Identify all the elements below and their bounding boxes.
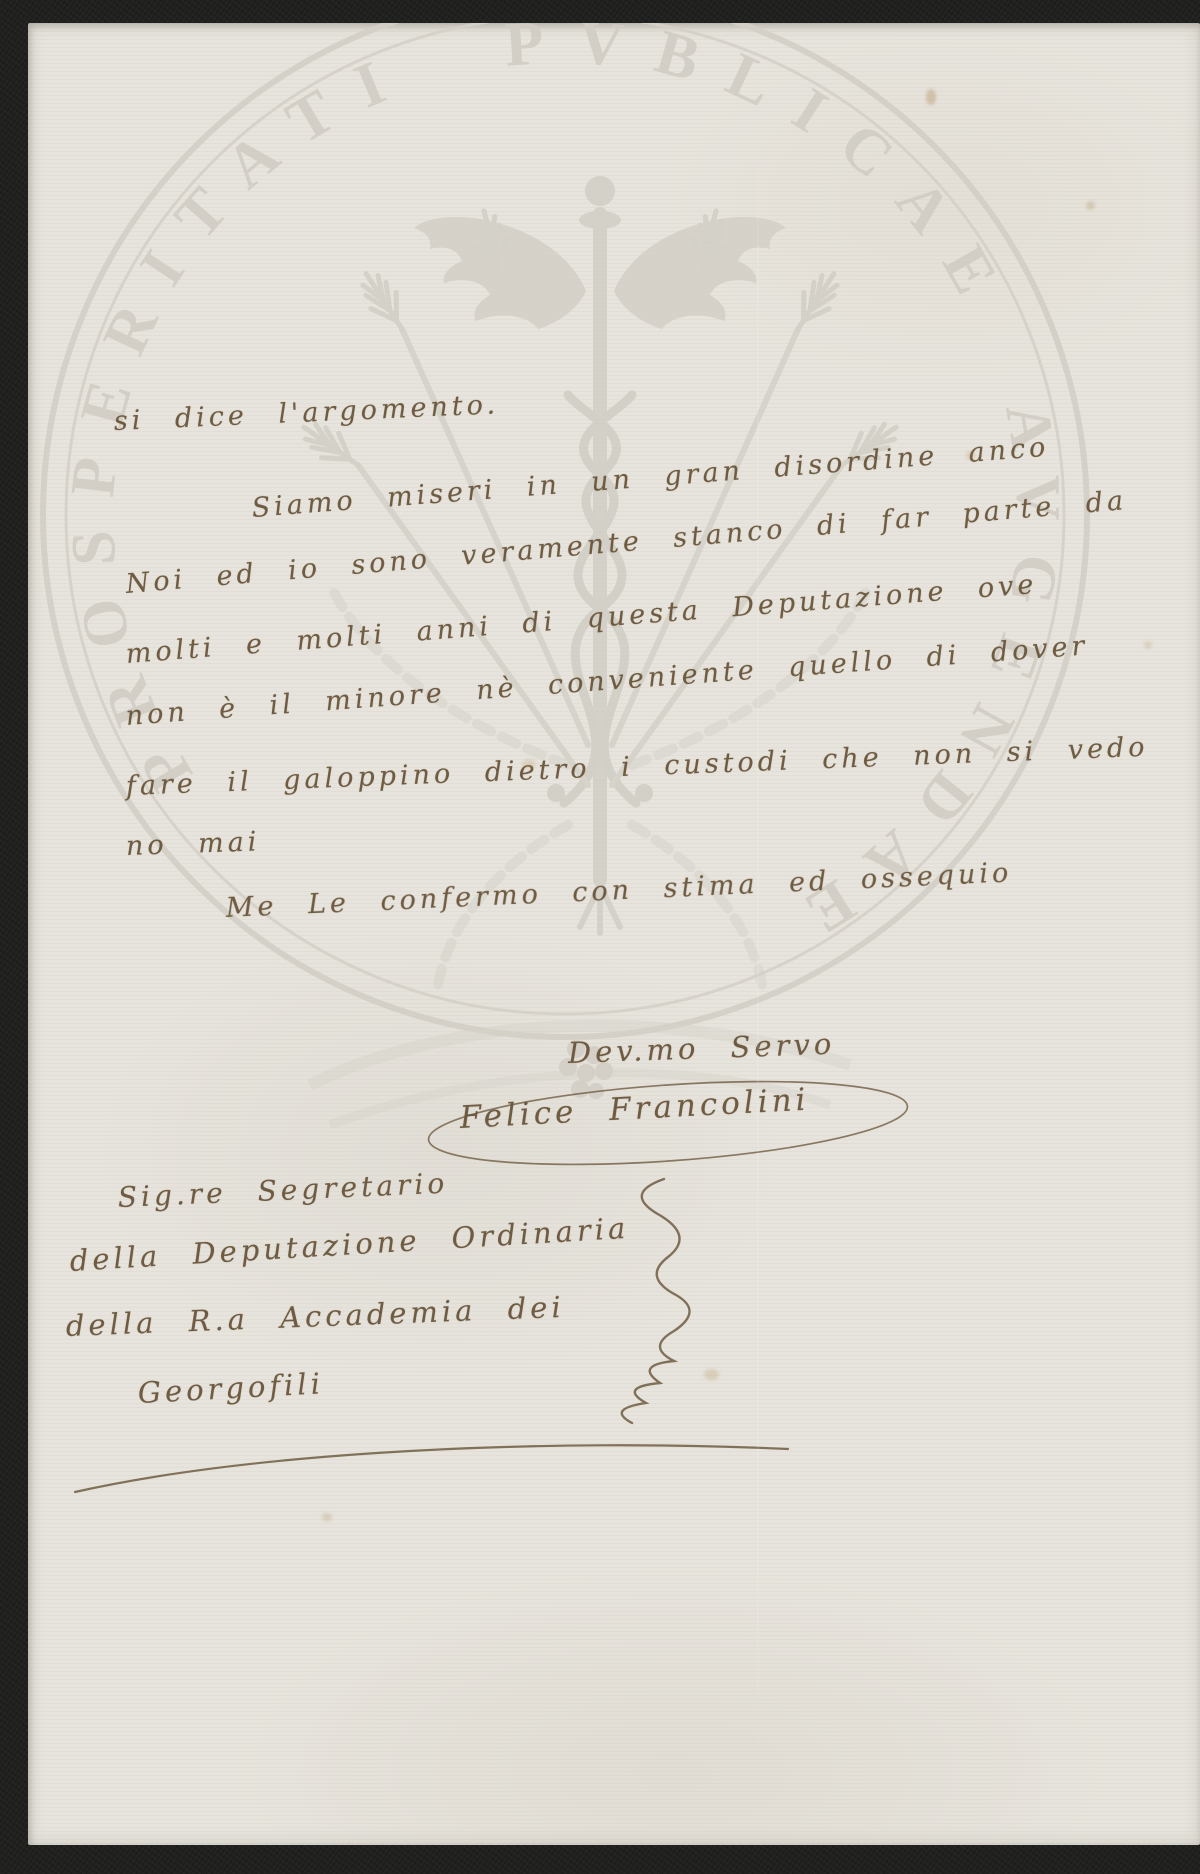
signature-line: Felice Francolini (459, 1085, 810, 1134)
caduceus-orb-icon (585, 176, 615, 206)
wing-left-icon (414, 217, 586, 329)
foxing-spot (704, 1369, 719, 1380)
footer-underline-flourish (75, 1445, 788, 1492)
handwriting-line: no mai (125, 828, 260, 860)
foxing-spot (322, 1513, 332, 1521)
recipient-brace-flourish (622, 1179, 690, 1423)
letter-paper: PROSPERITATI PVBLICAE AVGENDAE (28, 23, 1200, 1845)
handwriting-line: Me Le confermo con stima ed ossequio (225, 859, 1013, 922)
wing-right-icon (614, 217, 786, 329)
academy-seal-watermark: PROSPERITATI PVBLICAE AVGENDAE (28, 23, 1200, 1845)
foxing-spot (1144, 641, 1152, 649)
snake-left-icon (564, 395, 622, 803)
foxing-spot (1086, 201, 1095, 210)
snake-right-icon (578, 395, 636, 803)
recipient-line: della Deputazione Ordinaria (69, 1214, 630, 1276)
recipient-line: Georgofili (137, 1369, 324, 1408)
handwriting-line: si dice l'argomento. (113, 391, 499, 435)
handwriting-line: fare il galoppino dietro i custodi che n… (125, 734, 1149, 800)
valediction-line: Dev.mo Servo (567, 1030, 835, 1068)
recipient-line: Sig.re Segretario (117, 1170, 449, 1212)
ink-flourishes (28, 23, 1200, 1845)
foxing-spot (926, 89, 936, 105)
paper-chain-line (757, 23, 759, 1845)
page-background: PROSPERITATI PVBLICAE AVGENDAE (0, 0, 1200, 1874)
recipient-line: della R.a Accademia dei (65, 1293, 565, 1341)
